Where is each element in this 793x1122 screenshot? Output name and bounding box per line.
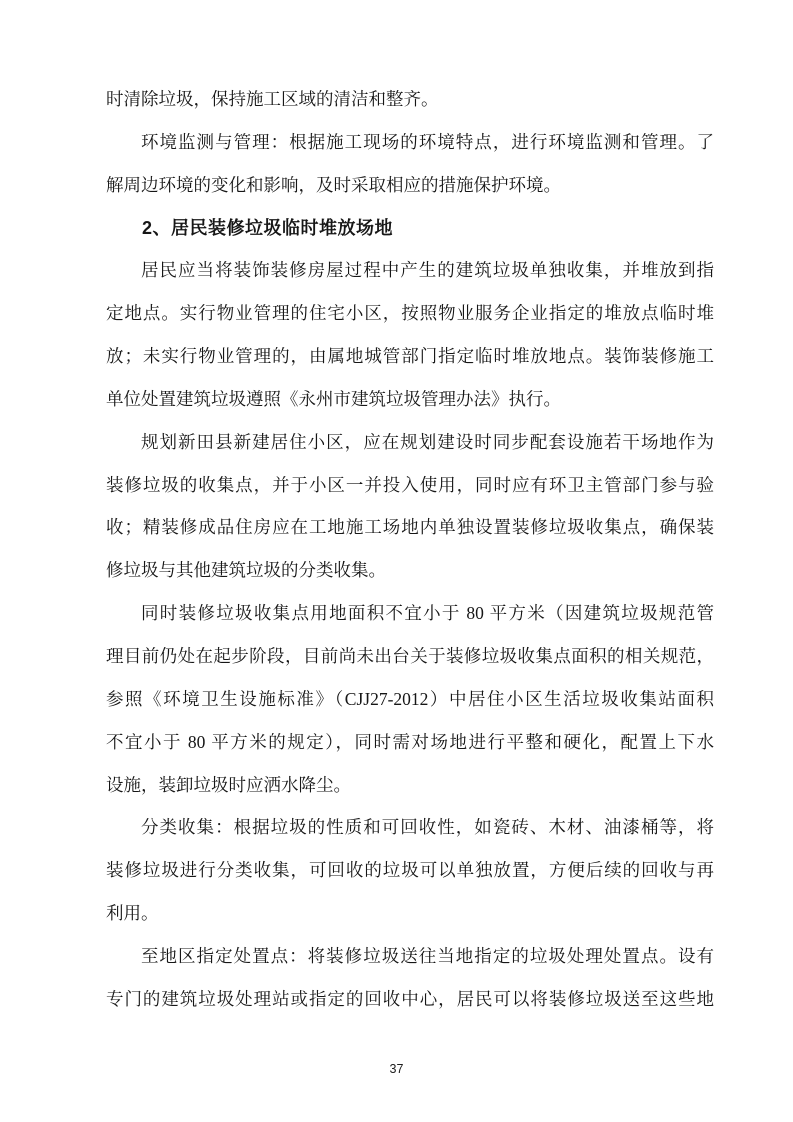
text-line: 时清除垃圾，保持施工区域的清洁和整齐。 <box>106 78 714 121</box>
text-line: 修垃圾与其他建筑垃圾的分类收集。 <box>106 549 714 592</box>
text-line: 居民应当将装饰装修房屋过程中产生的建筑垃圾单独收集，并堆放到指 <box>106 249 714 292</box>
document-body: 时清除垃圾，保持施工区域的清洁和整齐。环境监测与管理：根据施工现场的环境特点，进… <box>106 78 714 1021</box>
text-line: 装修垃圾的收集点，并于小区一并投入使用，同时应有环卫主管部门参与验 <box>106 464 714 507</box>
document-page: 时清除垃圾，保持施工区域的清洁和整齐。环境监测与管理：根据施工现场的环境特点，进… <box>0 0 793 1122</box>
text-line: 放；未实行物业管理的，由属地城管部门指定临时堆放地点。装饰装修施工 <box>106 335 714 378</box>
text-line: 定地点。实行物业管理的住宅小区，按照物业服务企业指定的堆放点临时堆 <box>106 292 714 335</box>
text-line: 解周边环境的变化和影响，及时采取相应的措施保护环境。 <box>106 164 714 207</box>
text-line: 环境监测与管理：根据施工现场的环境特点，进行环境监测和管理。了 <box>106 121 714 164</box>
text-line: 同时装修垃圾收集点用地面积不宜小于 80 平方米（因建筑垃圾规范管 <box>106 592 714 635</box>
text-line: 理目前仍处在起步阶段，目前尚未出台关于装修垃圾收集点面积的相关规范， <box>106 635 714 678</box>
text-line: 设施，装卸垃圾时应洒水降尘。 <box>106 764 714 807</box>
text-line: 收；精装修成品住房应在工地施工场地内单独设置装修垃圾收集点，确保装 <box>106 506 714 549</box>
text-line: 分类收集：根据垃圾的性质和可回收性，如瓷砖、木材、油漆桶等，将 <box>106 806 714 849</box>
text-line: 专门的建筑垃圾处理站或指定的回收中心，居民可以将装修垃圾送至这些地 <box>106 978 714 1021</box>
text-line: 利用。 <box>106 892 714 935</box>
page-number: 37 <box>0 1062 793 1076</box>
text-line: 至地区指定处置点：将装修垃圾送往当地指定的垃圾处理处置点。设有 <box>106 935 714 978</box>
text-line: 规划新田县新建居住小区，应在规划建设时同步配套设施若干场地作为 <box>106 421 714 464</box>
text-line: 装修垃圾进行分类收集，可回收的垃圾可以单独放置，方便后续的回收与再 <box>106 849 714 892</box>
text-line: 单位处置建筑垃圾遵照《永州市建筑垃圾管理办法》执行。 <box>106 378 714 421</box>
text-line: 参照《环境卫生设施标准》（CJJ27-2012）中居住小区生活垃圾收集站面积 <box>106 678 714 721</box>
section-heading: 2、居民装修垃圾临时堆放场地 <box>106 207 714 250</box>
text-line: 不宜小于 80 平方米的规定），同时需对场地进行平整和硬化，配置上下水 <box>106 721 714 764</box>
